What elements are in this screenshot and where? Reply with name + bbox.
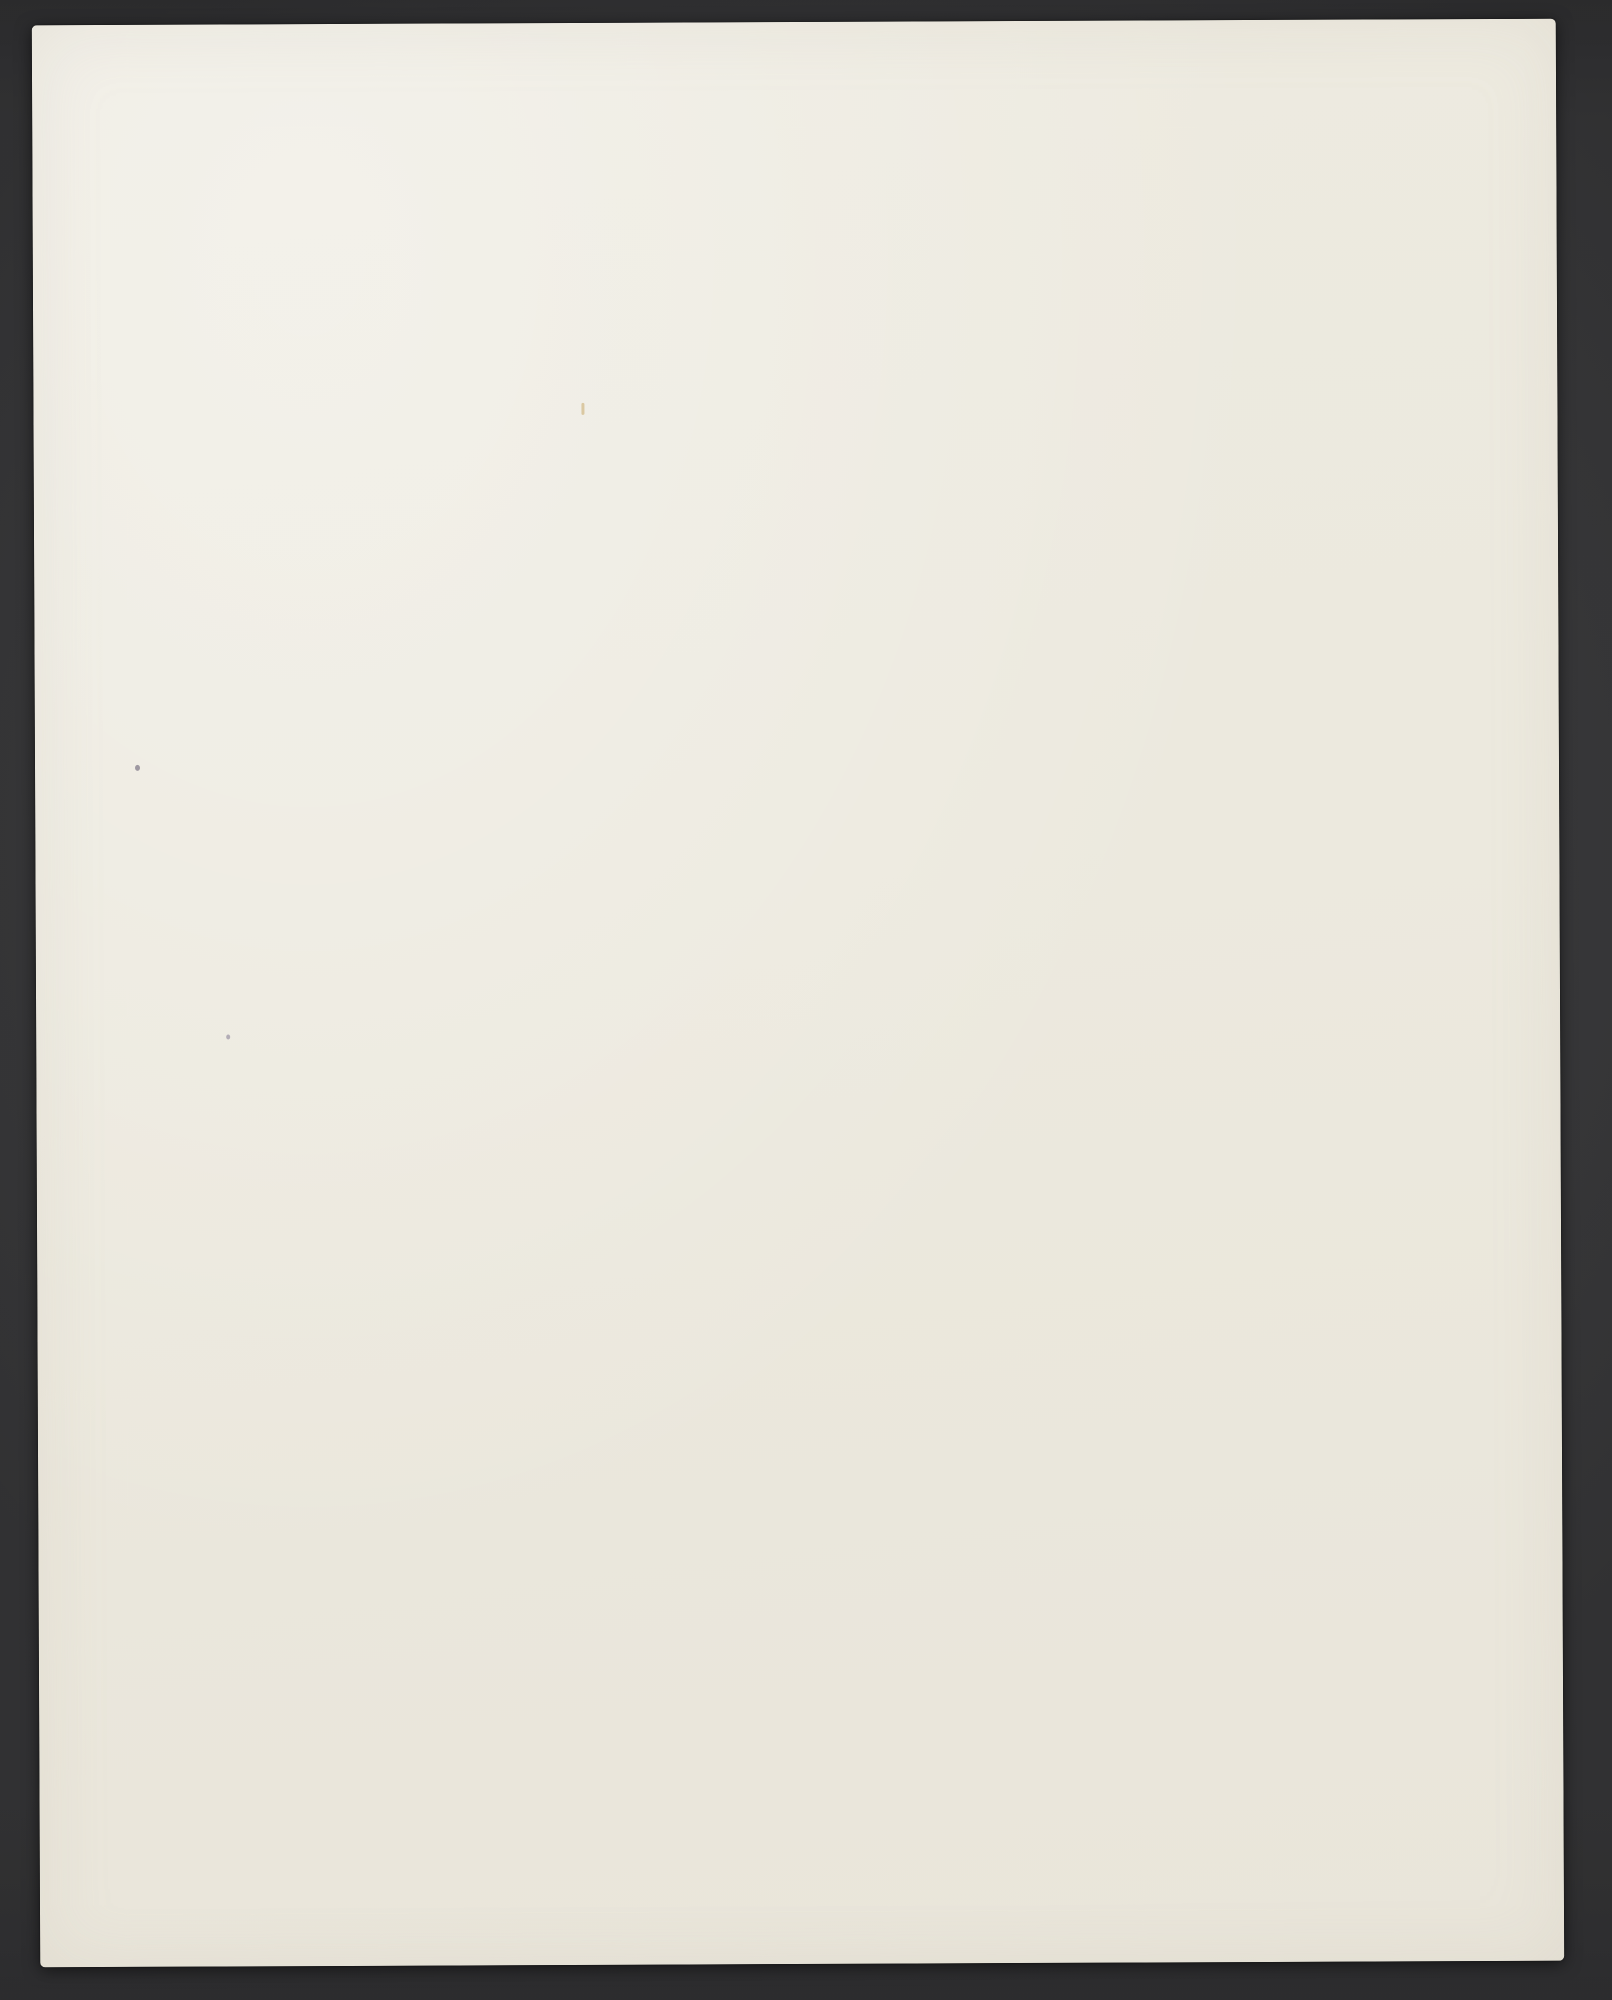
manuscript-page — [32, 19, 1564, 1968]
paper-fiber — [581, 403, 584, 415]
scan-background — [0, 0, 1612, 2000]
ink-speck — [226, 1034, 230, 1039]
typewritten-text — [301, 20, 1309, 1966]
ink-speck — [135, 765, 140, 771]
